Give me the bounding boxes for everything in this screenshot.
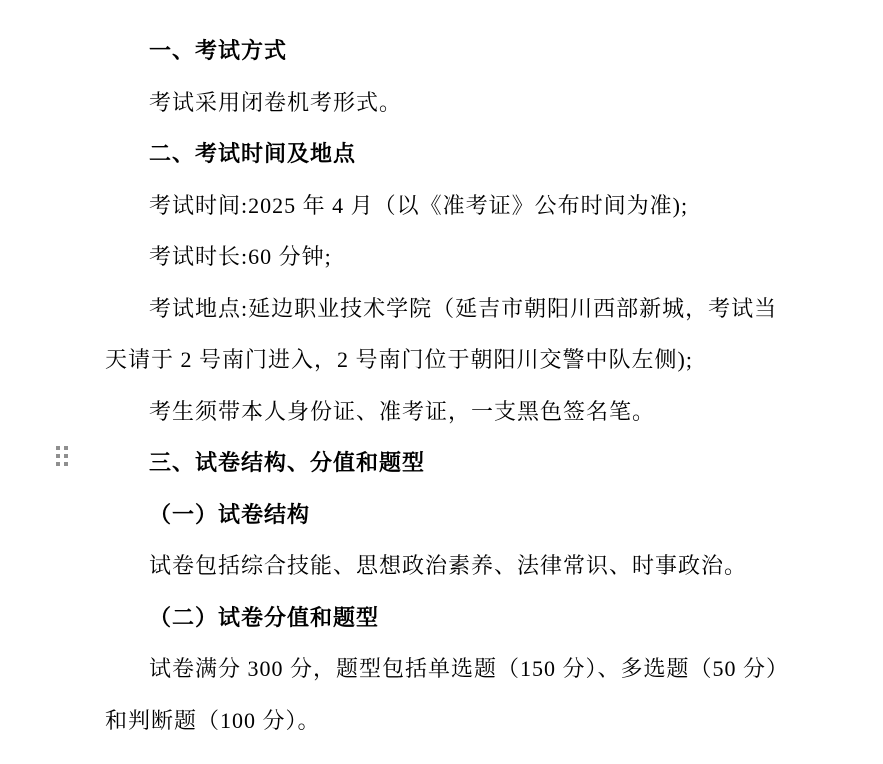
- document-page: 一、考试方式 考试采用闭卷机考形式。 二、考试时间及地点 考试时间:2025 年…: [0, 0, 883, 764]
- heading-1-exam-method: 一、考试方式: [105, 25, 795, 77]
- drag-handle-dot: [64, 462, 68, 466]
- para-exam-format: 考试采用闭卷机考形式。: [105, 77, 795, 129]
- drag-handle-icon[interactable]: [56, 446, 68, 466]
- subheading-paper-scores: （二）试卷分值和题型: [105, 592, 795, 644]
- para-paper-contents: 试卷包括综合技能、思想政治素养、法律常识、时事政治。: [105, 540, 795, 592]
- document-body: 一、考试方式 考试采用闭卷机考形式。 二、考试时间及地点 考试时间:2025 年…: [105, 25, 795, 746]
- drag-handle-dot: [56, 462, 60, 466]
- para-score-breakdown: 试卷满分 300 分，题型包括单选题（150 分）、多选题（50 分）和判断题（…: [105, 643, 795, 746]
- drag-handle-dot: [64, 446, 68, 450]
- para-required-items: 考生须带本人身份证、准考证，一支黑色签名笔。: [105, 386, 795, 438]
- heading-2-time-location: 二、考试时间及地点: [105, 128, 795, 180]
- drag-handle-dot: [64, 454, 68, 458]
- subheading-paper-structure: （一）试卷结构: [105, 489, 795, 541]
- heading-3-paper-structure: 三、试卷结构、分值和题型: [105, 437, 795, 489]
- para-exam-time: 考试时间:2025 年 4 月（以《准考证》公布时间为准);: [105, 180, 795, 232]
- drag-handle-dot: [56, 454, 60, 458]
- para-exam-duration: 考试时长:60 分钟;: [105, 231, 795, 283]
- drag-handle-dot: [56, 446, 60, 450]
- para-exam-location: 考试地点:延边职业技术学院（延吉市朝阳川西部新城，考试当天请于 2 号南门进入，…: [105, 283, 795, 386]
